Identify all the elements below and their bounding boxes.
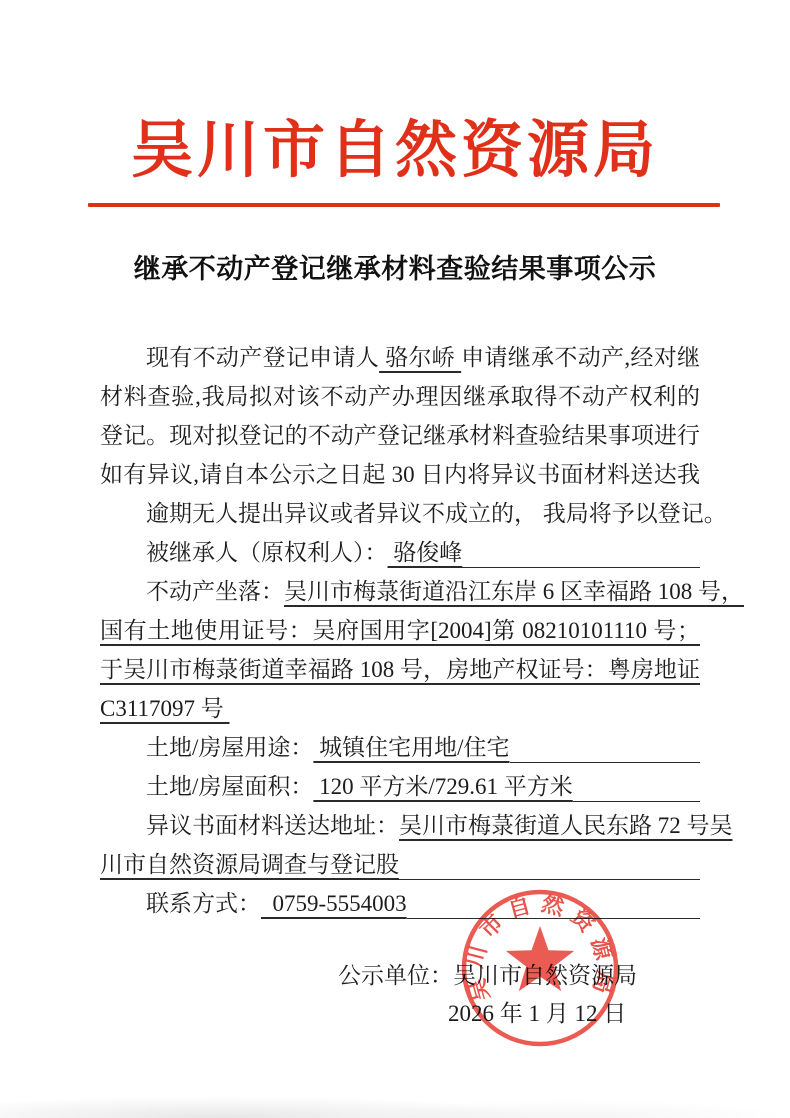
document-title: 继承不动产登记继承材料查验结果事项公示 <box>0 247 790 286</box>
underline-filler <box>462 533 700 568</box>
paragraph-line-5-text: 逾期无人提出异议或者异议不成立的， 我局将予以登记。 <box>146 494 727 533</box>
scanned-notice-page: 吴川市自然资源局 继承不动产登记继承材料查验结果事项公示 现有不动产登记申请人 … <box>0 0 790 1118</box>
field-location-value-line4: C3117097 号 <box>100 689 700 728</box>
field-usage: 土地/房屋用途： 城镇住宅用地/住宅 <box>100 728 700 767</box>
field-heir-value: 骆俊峰 <box>388 533 463 572</box>
line-indent <box>100 572 146 611</box>
line-indent <box>100 767 146 806</box>
official-seal: 吴川市自然资源局 <box>458 886 622 1050</box>
field-objection-value-line1: 吴川市梅菉街道人民东路 72 号吴 <box>399 806 733 845</box>
paragraph-line-5: 逾期无人提出异议或者异议不成立的， 我局将予以登记。 <box>100 494 700 533</box>
field-location-label: 不动产坐落： <box>146 572 284 611</box>
field-objection-address: 异议书面材料送达地址：吴川市梅菉街道人民东路 72 号吴 <box>100 806 700 845</box>
house-certificate-number: C3117097 号 <box>100 689 230 728</box>
line-indent <box>100 728 146 767</box>
line-indent <box>100 533 146 572</box>
field-objection-value-line2: 川市自然资源局调查与登记股 <box>100 845 399 884</box>
field-heir: 被继承人（原权利人）： 骆俊峰 <box>100 533 700 572</box>
letterhead-divider-rule <box>88 203 720 207</box>
paragraph-line-3: 登记。现对拟登记的不动产登记继承材料查验结果事项进行公示, <box>100 416 700 455</box>
paragraph-line-1: 现有不动产登记申请人 骆尔峤 申请继承不动产,经对继承 <box>100 338 700 377</box>
applicant-name: 骆尔峤 <box>379 345 461 370</box>
field-heir-label: 被继承人（原权利人）： <box>146 533 388 572</box>
paragraph-line-2: 材料查验,我局拟对该不动产办理因继承取得不动产权利的转移 <box>100 377 700 416</box>
letterhead-org-name: 吴川市自然资源局 <box>0 100 790 189</box>
field-location-value-line1: 吴川市梅菉街道沿江东岸 6 区幸福路 108 号， <box>284 572 744 611</box>
field-location-value-line3: 于吴川市梅菉街道幸福路 108 号，房地产权证号：粤房地证字第 <box>100 650 700 689</box>
underline-filler <box>573 767 700 802</box>
line-indent <box>100 884 146 923</box>
seal-star-icon <box>506 926 574 991</box>
field-area: 土地/房屋面积： 120 平方米/729.61 平方米 <box>100 767 700 806</box>
field-location-value-line2: 国有土地使用证号：吴府国用字[2004]第 08210101110 号；坐落 <box>100 611 700 650</box>
field-contact-label: 联系方式： <box>146 884 261 923</box>
paragraph-line-4: 如有异议,请自本公示之日起 30 日内将异议书面材料送达我局。 <box>100 455 700 494</box>
field-contact-value: 0759-5554003 <box>261 884 407 923</box>
land-certificate-number: 国有土地使用证号：吴府国用字[2004]第 08210101110 号；坐落 <box>100 618 700 650</box>
house-certificate-prefix: 于吴川市梅菉街道幸福路 108 号，房地产权证号：粤房地证字第 <box>100 657 700 689</box>
field-area-value: 120 平方米/729.61 平方米 <box>313 767 572 806</box>
line-indent <box>100 806 146 845</box>
body-text-block: 现有不动产登记申请人 骆尔峤 申请继承不动产,经对继承 材料查验,我局拟对该不动… <box>100 338 700 923</box>
paragraph-line-1-pre: 现有不动产登记申请人 <box>146 345 379 370</box>
field-area-label: 土地/房屋面积： <box>146 767 313 806</box>
scan-smudge <box>0 1092 790 1118</box>
field-objection-label: 异议书面材料送达地址： <box>146 806 399 845</box>
field-usage-label: 土地/房屋用途： <box>146 728 313 767</box>
underline-filler <box>399 845 700 880</box>
field-objection-address-line2: 川市自然资源局调查与登记股 <box>100 845 700 884</box>
field-property-location: 不动产坐落：吴川市梅菉街道沿江东岸 6 区幸福路 108 号， <box>100 572 700 611</box>
field-usage-value: 城镇住宅用地/住宅 <box>313 728 509 767</box>
line-indent <box>100 494 146 533</box>
underline-filler <box>510 728 700 763</box>
